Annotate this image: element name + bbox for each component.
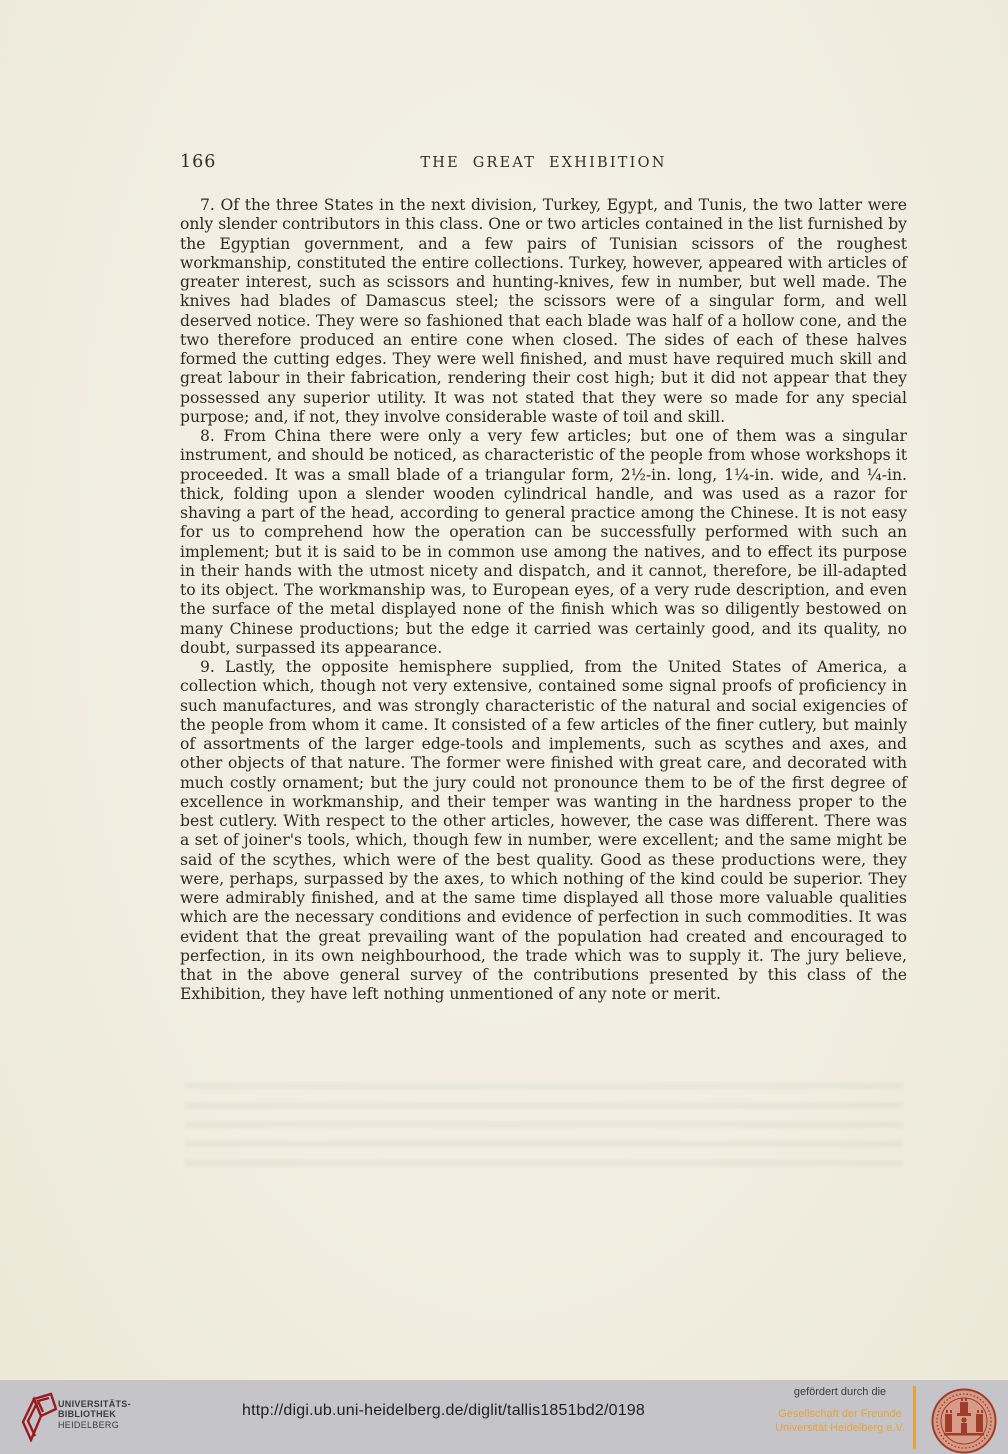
library-name-line1: UNIVERSITÄTS- [58, 1399, 131, 1409]
heidelberg-university-seal-icon [931, 1388, 997, 1454]
body-paragraph: 9. Lastly, the opposite hemisphere suppl… [180, 658, 907, 1005]
funding-credit: gefördert durch die Gesellschaft der Fre… [765, 1386, 915, 1435]
library-name: UNIVERSITÄTS- BIBLIOTHEK HEIDELBERG [58, 1399, 131, 1430]
funding-credit-org-line1: Gesellschaft der Freunde [765, 1408, 915, 1422]
library-name-line2: BIBLIOTHEK [58, 1409, 131, 1419]
page-bleed-through [185, 1078, 903, 1170]
library-name-line3: HEIDELBERG [58, 1420, 131, 1430]
document-source-url[interactable]: http://digi.ub.uni-heidelberg.de/diglit/… [242, 1402, 645, 1420]
page-body-text: 7. Of the three States in the next divis… [180, 196, 907, 1005]
ub-heidelberg-books-logo-icon [21, 1392, 57, 1447]
funding-credit-intro: gefördert durch die [765, 1386, 915, 1399]
funding-credit-org-line2: Universität Heidelberg e.V. [765, 1422, 915, 1436]
library-footer-bar: UNIVERSITÄTS- BIBLIOTHEK HEIDELBERG http… [0, 1380, 1008, 1454]
footer-divider-line [913, 1386, 916, 1449]
running-head: THE GREAT EXHIBITION [180, 155, 907, 171]
body-paragraph: 8. From China there were only a very few… [180, 427, 907, 658]
body-paragraph: 7. Of the three States in the next divis… [180, 196, 907, 427]
scanned-book-page: 166 THE GREAT EXHIBITION 7. Of the three… [0, 0, 1008, 1454]
